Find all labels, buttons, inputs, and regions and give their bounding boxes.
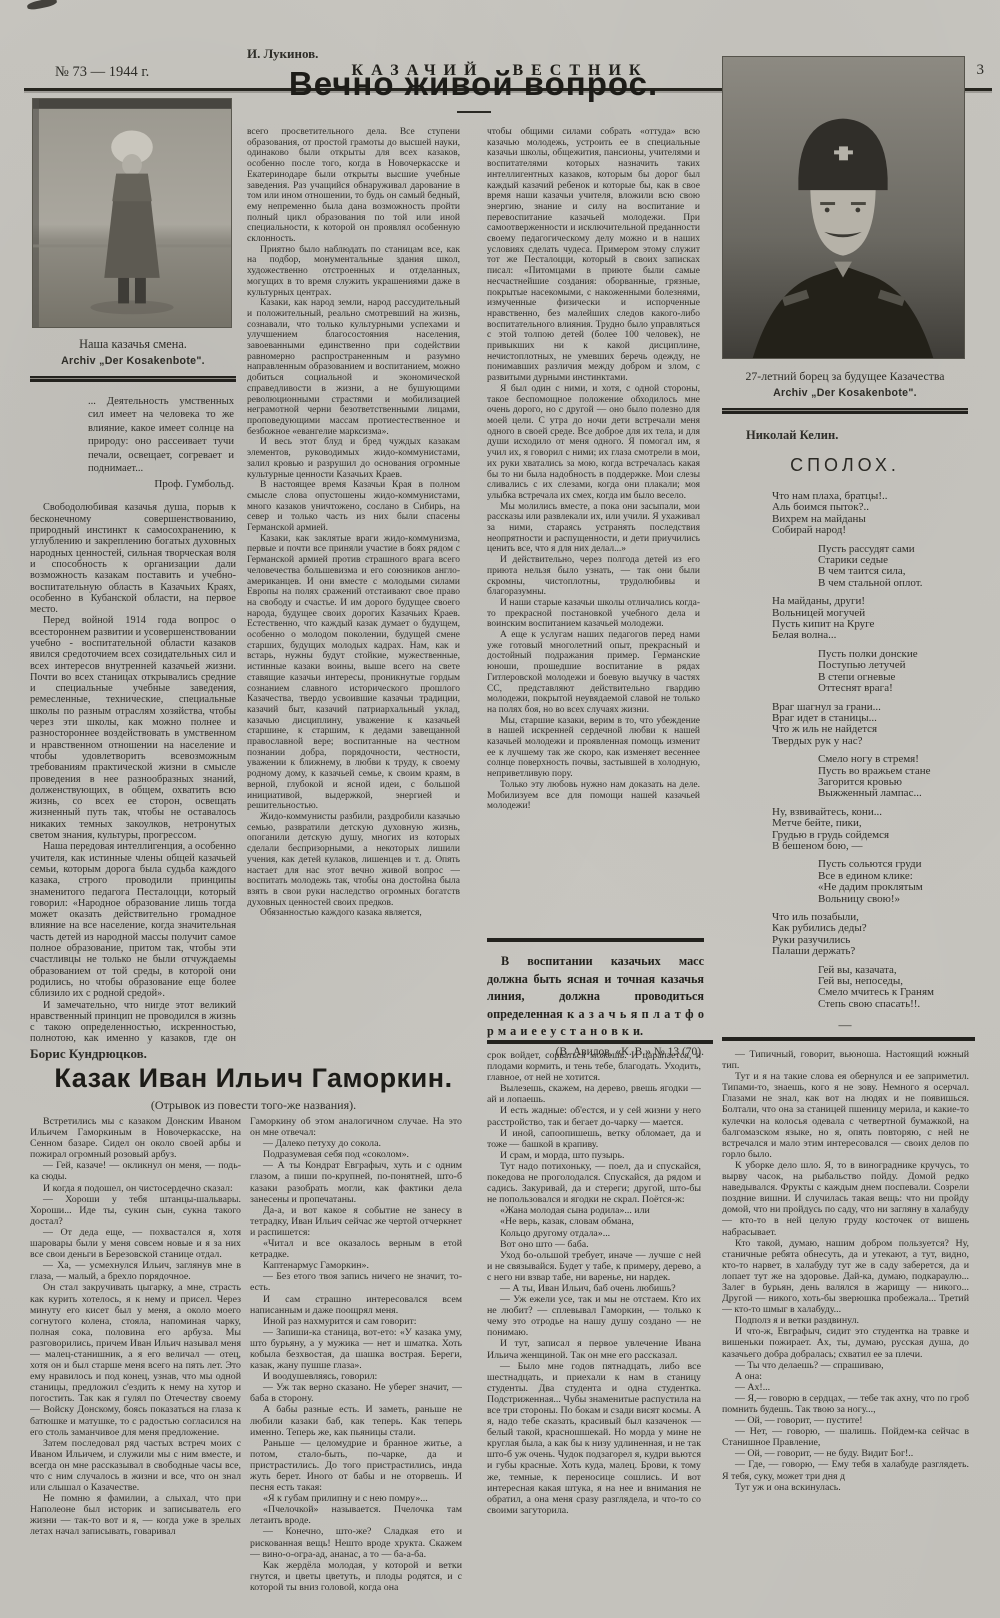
scan-artifact (26, 0, 57, 11)
poem-rule (722, 1037, 975, 1041)
right-column: 27-летний борец за будущее Казачества Ar… (722, 56, 968, 1036)
poem-body: Что нам плаха, братцы!.. Аль боимся пыто… (772, 491, 968, 1010)
article-column-2: всего просветительного дела. Все ступени… (247, 127, 460, 1043)
story-subtitle: (Отрывок из повести того-же названия). (30, 1098, 477, 1113)
story-heading: Борис Кундрюцков. Казак Иван Ильич Гамор… (30, 1046, 477, 1113)
article-title-block: И. Лукинов. Вечно живой вопрос. (247, 46, 700, 113)
article-title: Вечно живой вопрос. (247, 65, 700, 103)
story-column-1: Встретились мы с казаком Донским Иваном … (30, 1116, 241, 1618)
story-author: Борис Кундрюцков. (30, 1046, 477, 1062)
page-number: 3 (977, 62, 985, 79)
epigraph: ... Деятельность умственных сил имеет на… (88, 395, 234, 475)
story-column-3: срок войдет, сорваться можешь. И царапае… (487, 1050, 701, 1618)
story-title: Казак Иван Ильич Гаморкин. (30, 1063, 477, 1094)
newspaper-page: № 73 — 1944 г. КАЗАЧИЙ ВЕСТНИК 3 На (0, 0, 1000, 1618)
story-column-4: — Типичный, говорит, вьюноша. Настоящий … (722, 1049, 969, 1618)
story-column-2: Гаморкину об этом аналогичном случае. На… (250, 1116, 462, 1618)
poem-author: Николай Келин. (746, 428, 968, 443)
quote-rule-top (487, 938, 704, 942)
portrait-rule (722, 408, 968, 414)
epigraph-attribution: Проф. Гумбольд. (30, 478, 236, 490)
portrait-photo-image (722, 56, 965, 359)
portrait-caption: 27-летний борец за будущее Казачества (722, 369, 968, 384)
portrait-credit: Archiv „Der Kosakenbote". (722, 387, 968, 399)
child-photo-image (32, 98, 232, 328)
poem-title: СПОЛОХ. (722, 455, 968, 476)
photo-credit: Archiv „Der Kosakenbote". (30, 355, 236, 367)
photo-caption: Наша казачья смена. (30, 337, 236, 352)
article-column-3: чтобы общими силами собрать «оттуда» всю… (487, 127, 700, 927)
title-rule (457, 111, 491, 113)
caption-rule (30, 376, 236, 382)
quote-rule-bottom (487, 1040, 713, 1044)
article-author: И. Лукинов. (247, 46, 700, 62)
left-column: Наша казачья смена. Archiv „Der Kosakenb… (30, 98, 236, 1048)
pull-quote: В воспитании казачьих масс должна быть я… (487, 953, 704, 1041)
article-column-1: Свободолюбивая казачья душа, порыв к бес… (30, 502, 236, 1048)
poem-end-mark: — (722, 1017, 968, 1033)
